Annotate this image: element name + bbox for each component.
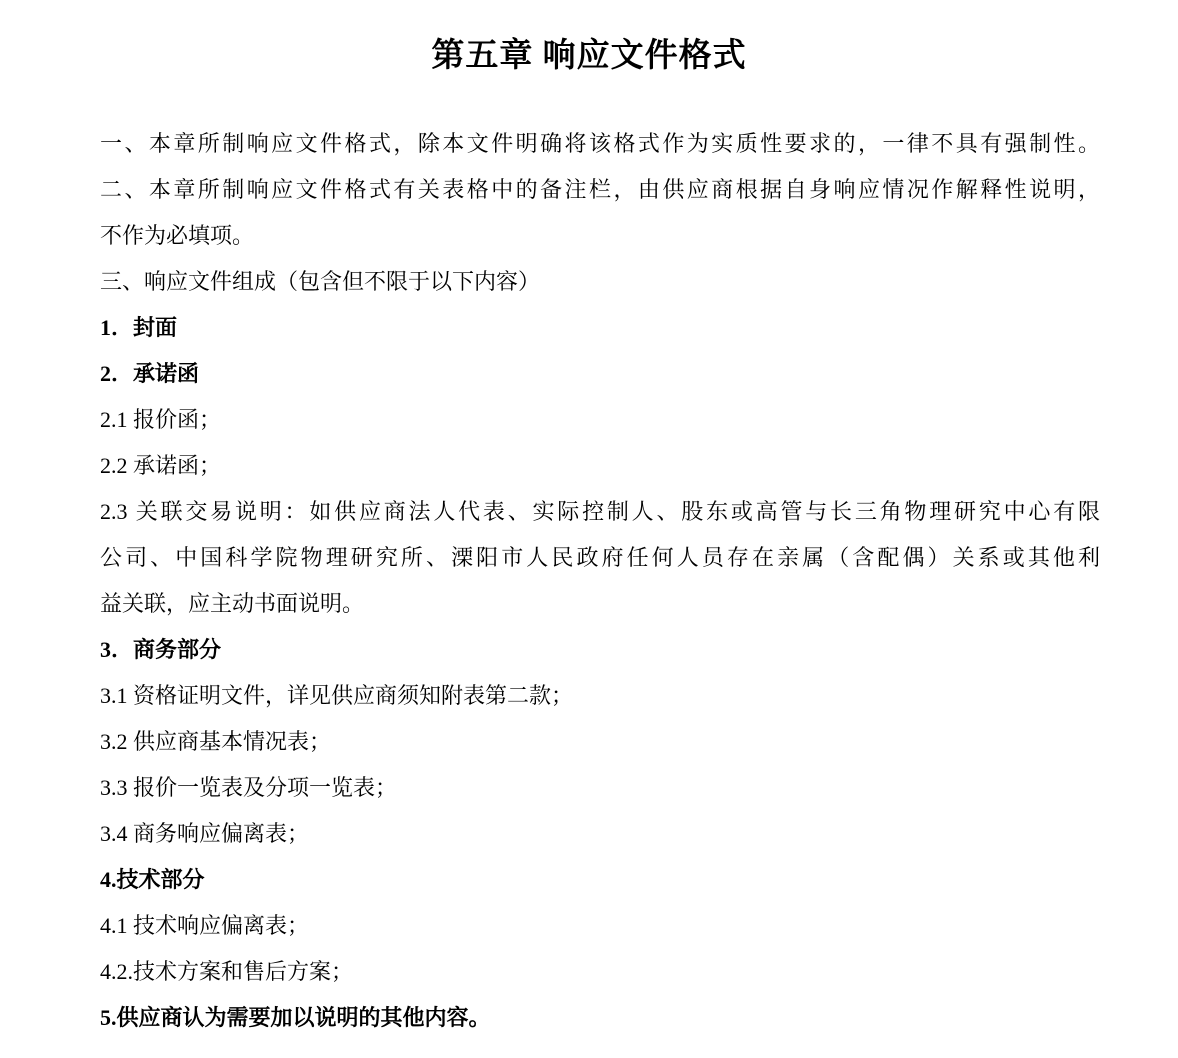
- document-line: 三、响应文件组成（包含但不限于以下内容）: [100, 259, 1100, 305]
- document-line: 2.3 关联交易说明：如供应商法人代表、实际控制人、股东或高管与长三角物理研究中…: [100, 489, 1100, 535]
- document-line: 益关联，应主动书面说明。: [100, 581, 1100, 627]
- document-line: 2.1 报价函；: [100, 397, 1100, 443]
- document-body: 一、本章所制响应文件格式，除本文件明确将该格式作为实质性要求的，一律不具有强制性…: [100, 121, 1100, 1041]
- page-title: 第五章 响应文件格式: [0, 33, 1178, 79]
- document-line: 3.2 供应商基本情况表；: [100, 719, 1100, 765]
- document-line: 不作为必填项。: [100, 213, 1100, 259]
- document-line: 2.2 承诺函；: [100, 443, 1100, 489]
- document-line: 3.4 商务响应偏离表；: [100, 811, 1100, 857]
- document-line: 3.3 报价一览表及分项一览表；: [100, 765, 1100, 811]
- document-line: 1．封面: [100, 305, 1100, 351]
- document-line: 公司、中国科学院物理研究所、溧阳市人民政府任何人员存在亲属（含配偶）关系或其他利: [100, 535, 1100, 581]
- document-line: 4.2.技术方案和售后方案；: [100, 949, 1100, 995]
- document-line: 4.1 技术响应偏离表；: [100, 903, 1100, 949]
- document-line: 3．商务部分: [100, 627, 1100, 673]
- document-line: 2．承诺函: [100, 351, 1100, 397]
- document-line: 一、本章所制响应文件格式，除本文件明确将该格式作为实质性要求的，一律不具有强制性…: [100, 121, 1100, 167]
- document-line: 5.供应商认为需要加以说明的其他内容。: [100, 995, 1100, 1041]
- document-page: 第五章 响应文件格式 一、本章所制响应文件格式，除本文件明确将该格式作为实质性要…: [0, 0, 1178, 1058]
- document-line: 3.1 资格证明文件，详见供应商须知附表第二款；: [100, 673, 1100, 719]
- document-line: 4.技术部分: [100, 857, 1100, 903]
- document-line: 二、本章所制响应文件格式有关表格中的备注栏，由供应商根据自身响应情况作解释性说明…: [100, 167, 1100, 213]
